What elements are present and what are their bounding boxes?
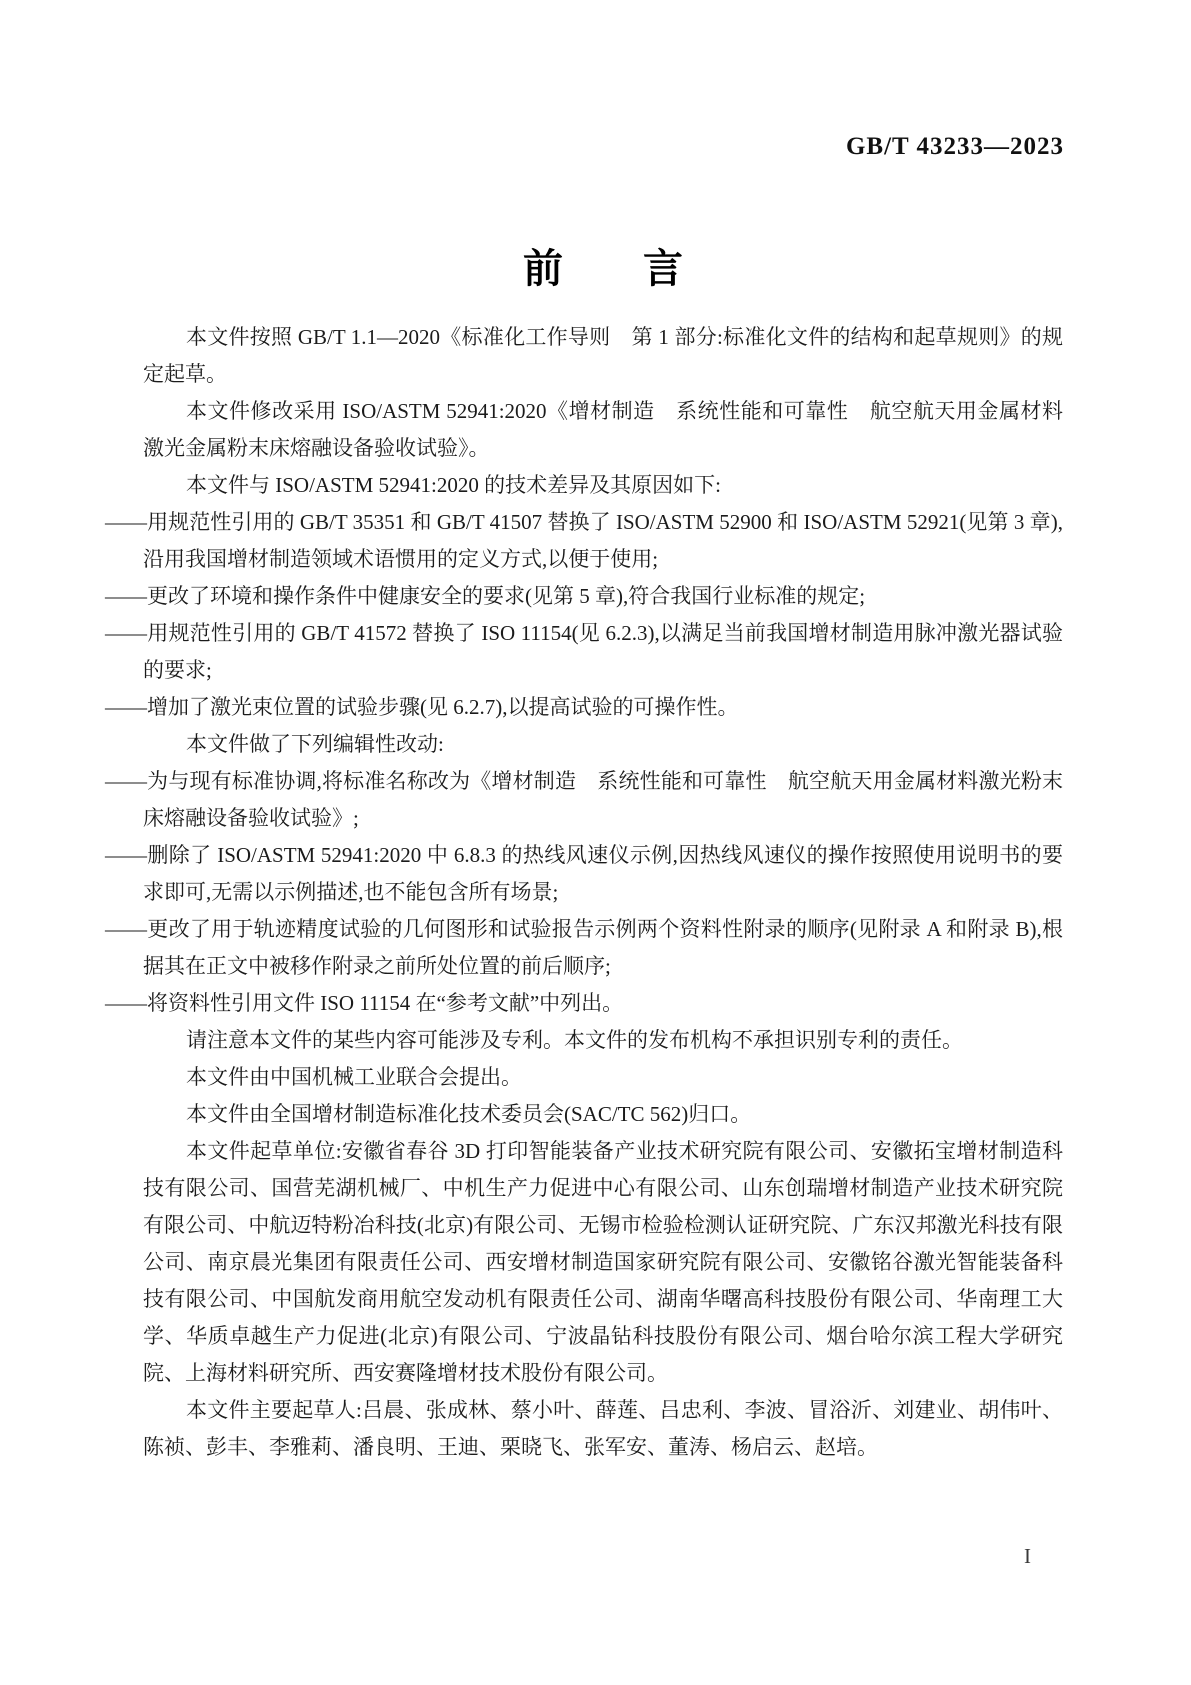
foreword-paragraph: 本文件由中国机械工业联合会提出。: [143, 1059, 1063, 1096]
foreword-paragraph: 请注意本文件的某些内容可能涉及专利。本文件的发布机构不承担识别专利的责任。: [143, 1022, 1063, 1059]
dash-list-item: ——更改了环境和操作条件中健康安全的要求(见第 5 章),符合我国行业标准的规定…: [143, 578, 1063, 615]
dash-list-item: ——增加了激光束位置的试验步骤(见 6.2.7),以提高试验的可操作性。: [143, 689, 1063, 726]
page-number: I: [1024, 1544, 1031, 1569]
foreword-body: 本文件按照 GB/T 1.1—2020《标准化工作导则 第 1 部分:标准化文件…: [143, 319, 1063, 1466]
foreword-paragraph: 本文件修改采用 ISO/ASTM 52941:2020《增材制造 系统性能和可靠…: [143, 393, 1063, 467]
standard-number: GB/T 43233—2023: [846, 133, 1064, 161]
dash-list-item: ——为与现有标准协调,将标准名称改为《增材制造 系统性能和可靠性 航空航天用金属…: [143, 763, 1063, 837]
foreword-paragraph: 本文件与 ISO/ASTM 52941:2020 的技术差异及其原因如下:: [143, 467, 1063, 504]
foreword-paragraph: 本文件由全国增材制造标准化技术委员会(SAC/TC 562)归口。: [143, 1096, 1063, 1133]
dash-list-item: ——更改了用于轨迹精度试验的几何图形和试验报告示例两个资料性附录的顺序(见附录 …: [143, 911, 1063, 985]
foreword-paragraph: 本文件起草单位:安徽省春谷 3D 打印智能装备产业技术研究院有限公司、安徽拓宝增…: [143, 1133, 1063, 1392]
page-title: 前 言: [143, 245, 1063, 293]
foreword-paragraph: 本文件做了下列编辑性改动:: [143, 726, 1063, 763]
dash-list-item: ——删除了 ISO/ASTM 52941:2020 中 6.8.3 的热线风速仪…: [143, 837, 1063, 911]
dash-list-item: ——将资料性引用文件 ISO 11154 在“参考文献”中列出。: [143, 985, 1063, 1022]
dash-list-item: ——用规范性引用的 GB/T 35351 和 GB/T 41507 替换了 IS…: [143, 504, 1063, 578]
dash-list-item: ——用规范性引用的 GB/T 41572 替换了 ISO 11154(见 6.2…: [143, 615, 1063, 689]
foreword-paragraph: 本文件按照 GB/T 1.1—2020《标准化工作导则 第 1 部分:标准化文件…: [143, 319, 1063, 393]
document-page: GB/T 43233—2023 前 言 本文件按照 GB/T 1.1—2020《…: [0, 0, 1191, 1685]
foreword-paragraph: 本文件主要起草人:吕晨、张成林、蔡小叶、薛莲、吕忠利、李波、冒浴沂、刘建业、胡伟…: [143, 1392, 1063, 1466]
